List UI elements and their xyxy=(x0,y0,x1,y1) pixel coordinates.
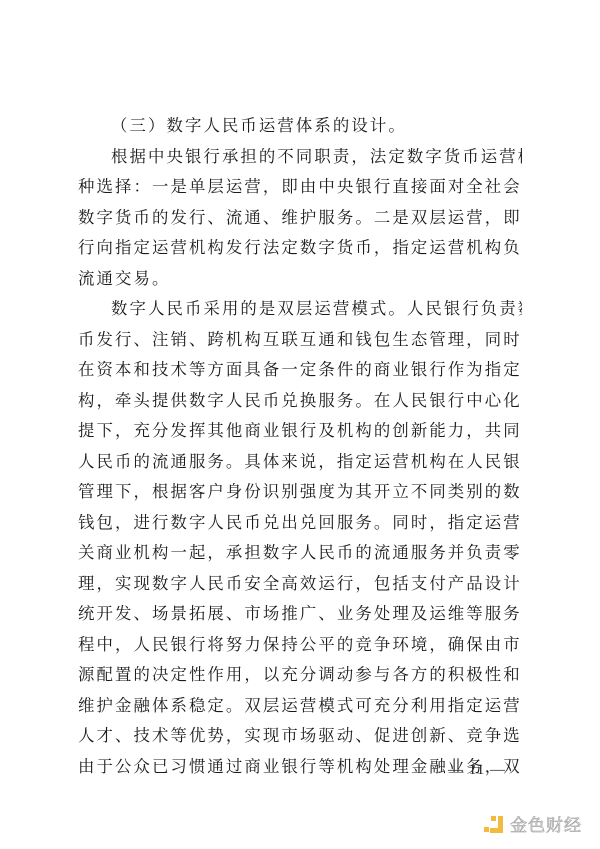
document-body: （三）数字人民币运营体系的设计。 根据中央银行承担的不同职责，法定数字货币运营模… xyxy=(78,111,522,782)
paragraph-line: 理，实现数字人民币安全高效运行，包括支付产品设计创新、系 xyxy=(78,569,522,600)
paragraph-line: 在资本和技术等方面具备一定条件的商业银行作为指定运营机 xyxy=(78,355,522,386)
paragraph-line: 关商业机构一起，承担数字人民币的流通服务并负责零售环节管 xyxy=(78,538,522,569)
paragraph-line: 钱包，进行数字人民币兑出兑回服务。同时，指定运营机构与相 xyxy=(78,508,522,539)
paragraph-line: 流通交易。 xyxy=(78,264,522,295)
jinse-logo-icon xyxy=(484,814,504,834)
paragraph-line: 数字货币的发行、流通、维护服务。二是双层运营，即由中央银 xyxy=(78,203,522,234)
paragraph-line: 维护金融体系稳定。双层运营模式可充分利用指定运营机构资源、 xyxy=(78,691,522,722)
paragraph-line: 构，牵头提供数字人民币兑换服务。在人民银行中心化管理的前 xyxy=(78,386,522,417)
paragraph-line: 管理下，根据客户身份识别强度为其开立不同类别的数字人民币 xyxy=(78,477,522,508)
paragraph-line: 统开发、场景拓展、市场推广、业务处理及运维等服务。在此过 xyxy=(78,599,522,630)
paragraph-line: 源配置的决定性作用，以充分调动参与各方的积极性和创造性， xyxy=(78,660,522,691)
page-number: — 11 — xyxy=(448,762,506,779)
paragraph-line: 种选择：一是单层运营，即由中央银行直接面对全社会提供法定 xyxy=(78,172,522,203)
section-heading: （三）数字人民币运营体系的设计。 xyxy=(78,111,522,142)
watermark: 金色财经 xyxy=(484,811,582,836)
paragraph-line: 行向指定运营机构发行法定数字货币，指定运营机构负责兑换和 xyxy=(78,233,522,264)
paragraph-line: 根据中央银行承担的不同职责，法定数字货币运营模式有两 xyxy=(78,142,522,173)
paragraph-line: 程中，人民银行将努力保持公平的竞争环境，确保由市场发挥资 xyxy=(78,630,522,661)
watermark-text: 金色财经 xyxy=(510,811,582,836)
paragraph-line: 人民币的流通服务。具体来说，指定运营机构在人民银行的额度 xyxy=(78,447,522,478)
paragraph-line: 币发行、注销、跨机构互联互通和钱包生态管理，同时审慎选择 xyxy=(78,325,522,356)
paragraph-line: 人才、技术等优势，实现市场驱动、促进创新、竞争选优。同时， xyxy=(78,721,522,752)
paragraph-line: 提下，充分发挥其他商业银行及机构的创新能力，共同提供数字 xyxy=(78,416,522,447)
paragraph-line: 数字人民币采用的是双层运营模式。人民银行负责数字人民 xyxy=(78,294,522,325)
